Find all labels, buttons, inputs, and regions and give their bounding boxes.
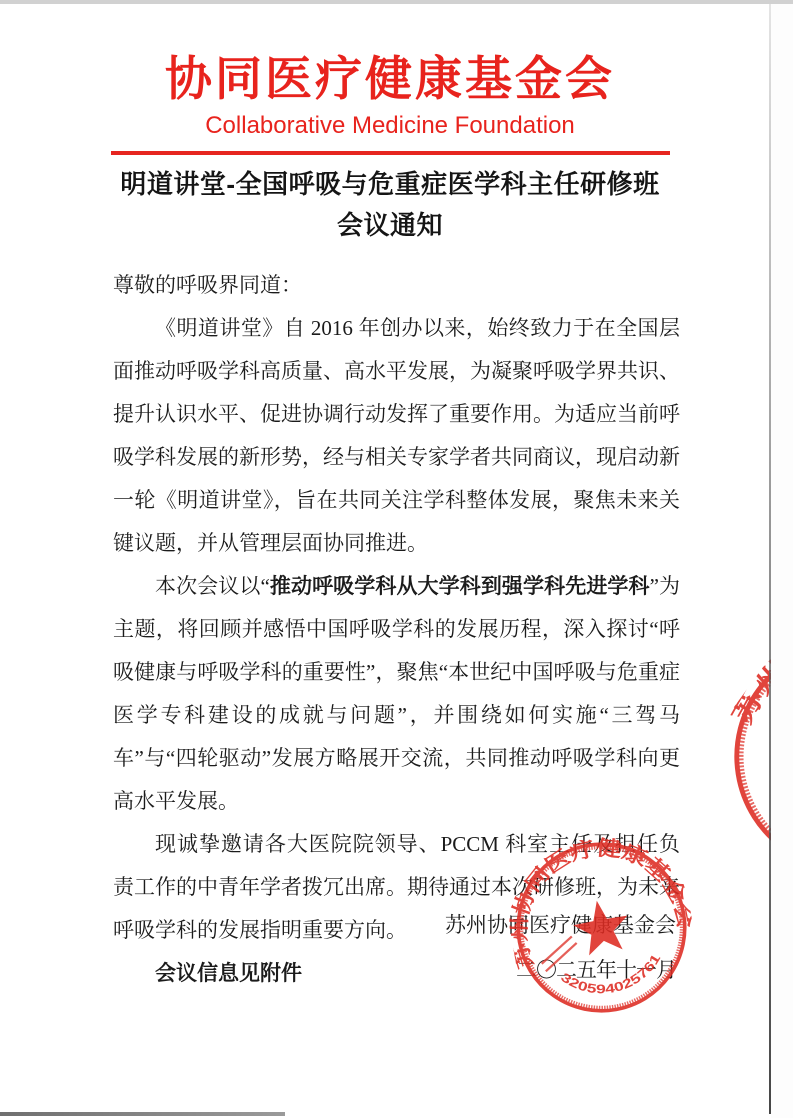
paragraph-2: 本次会议以“推动呼吸学科从大学科到强学科先进学科”为主题，将回顾并感悟中国呼吸学…	[113, 565, 680, 823]
notice-title-line2: 会议通知	[100, 205, 680, 246]
salutation: 尊敬的呼吸界同道：	[113, 264, 680, 307]
org-title-en: Collaborative Medicine Foundation	[100, 111, 680, 141]
paragraph-2-suffix: ”为主题，将回顾并感悟中国呼吸学科的发展历程，深入探讨“呼吸健康与呼吸学科的重要…	[113, 574, 680, 813]
letterhead-divider	[111, 151, 670, 155]
notice-title-line1: 明道讲堂-全国呼吸与危重症医学科主任研修班	[100, 164, 680, 205]
letter-body: 尊敬的呼吸界同道： 《明道讲堂》自 2016 年创办以来，始终致力于在全国层面推…	[113, 264, 680, 995]
signature-block: 苏州协同医疗健康基金会 二〇二五年十一月	[113, 903, 676, 993]
letterhead: 协同医疗健康基金会 Collaborative Medicine Foundat…	[100, 50, 680, 246]
scan-background	[771, 0, 793, 1118]
paragraph-2-theme-bold: 推动呼吸学科从大学科到强学科先进学科	[270, 574, 650, 598]
official-seal-partial-icon: 苏州协同医疗健康基金会	[678, 585, 771, 927]
paragraph-2-prefix: 本次会议以“	[155, 574, 270, 598]
scan-edge-right	[769, 4, 771, 1114]
scan-edge-bottom	[0, 1112, 285, 1116]
seal-org-text: 苏州协同医疗健康基金会	[722, 585, 771, 863]
signature-date: 二〇二五年十一月	[113, 948, 676, 993]
svg-text:苏州协同医疗健康基金会: 苏州协同医疗健康基金会	[722, 585, 771, 863]
scan-edge-top	[0, 0, 793, 4]
paragraph-1: 《明道讲堂》自 2016 年创办以来，始终致力于在全国层面推动呼吸学科高质量、高…	[113, 307, 680, 565]
org-title-zh: 协同医疗健康基金会	[100, 50, 680, 108]
signature-org: 苏州协同医疗健康基金会	[113, 903, 676, 948]
scanned-letter-page: 协同医疗健康基金会 Collaborative Medicine Foundat…	[0, 0, 771, 1118]
